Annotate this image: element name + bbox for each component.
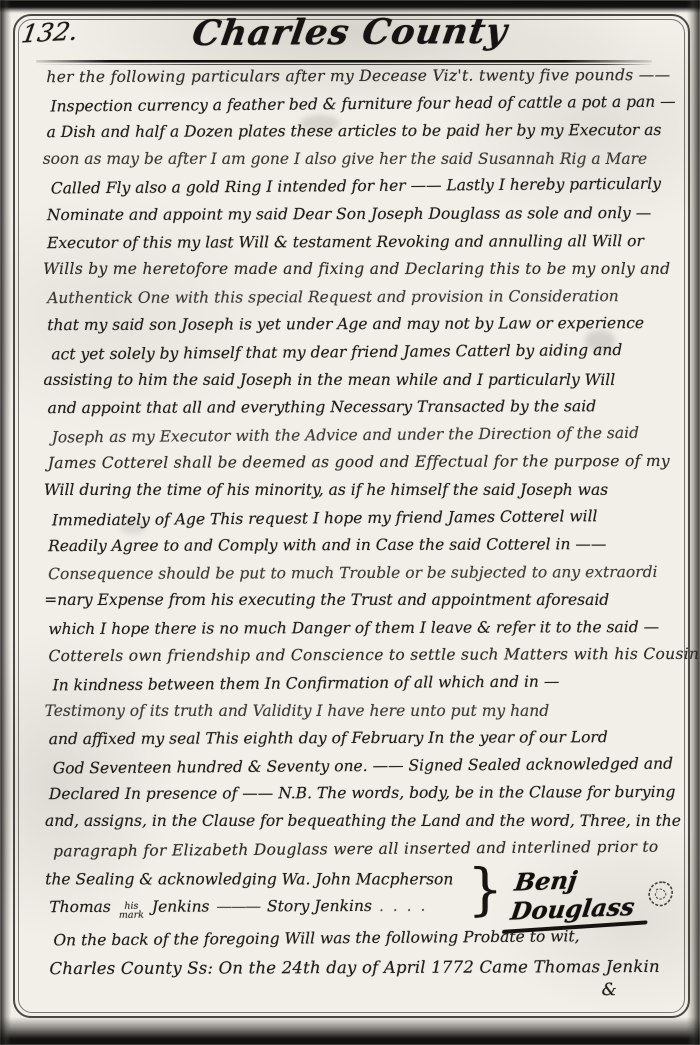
will-text-line: Readily Agree to and Comply with and in … <box>48 531 674 561</box>
witness-thomas-jenkins-first: Thomas <box>49 894 111 922</box>
will-text-line: Inspection currency a feather bed & furn… <box>50 88 672 120</box>
will-text-line: assisting to him the said Joseph in the … <box>43 367 673 395</box>
scan-edge-top <box>0 0 700 13</box>
witness-thomas-jenkins-last: Jenkins <box>152 894 210 922</box>
will-text-line: Cotterels own friendship and Conscience … <box>48 641 674 671</box>
will-text-line: her the following particulars after my D… <box>46 62 672 92</box>
will-text-line: Testimony of its truth and Validity I ha… <box>45 698 675 726</box>
will-text-line: and, assigns, in the Clause for bequeath… <box>45 808 675 836</box>
will-text-line: a Dish and half a Dozen plates these art… <box>47 117 673 147</box>
will-text-lines: her the following particulars after my D… <box>46 62 675 864</box>
will-text-line: act yet solely by himself that my dear f… <box>51 336 673 368</box>
will-text-line: paragraph for Elizabeth Douglass were al… <box>53 833 675 865</box>
attestation-brace: } <box>467 863 503 919</box>
will-text-line: God Seventeen hundred & Seventy one. —— … <box>53 750 675 782</box>
will-text-line: Wills by me heretofore made and fixing a… <box>43 256 673 284</box>
will-text-line: Executor of this my last Will & testamen… <box>47 227 673 257</box>
will-text-line: Immediately of Age This request I hope m… <box>52 502 674 534</box>
closing-line: the Sealing & acknowledging Wa. John Mac… <box>45 866 453 894</box>
will-text-line: Consequence should be put to much Troubl… <box>48 559 674 589</box>
witness-column: the Sealing & acknowledging Wa. John Mac… <box>49 865 453 922</box>
will-text-line: =nary Expense from his executing the Tru… <box>44 587 674 615</box>
testator-signature-block: Benj Douglass <box>513 865 675 924</box>
witness-signatures-line: Thomas his mark Jenkins ——— Story Jenkin… <box>49 893 453 922</box>
mark-annotation-bottom: mark <box>119 911 144 921</box>
will-text-line: Authentick One with this special Request… <box>47 283 673 313</box>
testator-signature: Benj Douglass <box>509 863 642 926</box>
will-text-line: Nominate and appoint my said Dear Son Jo… <box>47 200 673 230</box>
scan-edge-bottom <box>0 1017 700 1045</box>
probate-session-line: Charles County Ss: On the 24th day of Ap… <box>49 953 675 983</box>
will-text-line: In kindness between them In Confirmation… <box>52 668 674 700</box>
will-text-line: and affixed my seal This eighth day of F… <box>49 724 675 754</box>
wax-seal-icon <box>643 876 679 912</box>
will-text-line: which I hope there is no much Danger of … <box>48 614 674 644</box>
will-text-line: James Cotterel shall be deemed as good a… <box>48 448 674 478</box>
scan-edge-right <box>687 0 700 1045</box>
will-text-line: that my said son Joseph is yet under Age… <box>47 310 673 340</box>
witness-separator-dash: ——— <box>216 894 260 922</box>
will-text-line: and appoint that all and everything Nece… <box>48 393 674 423</box>
probate-intro-line: On the back of the foregoing Will was th… <box>53 923 675 955</box>
will-text-line: Declared In presence of —— N.B. The word… <box>49 779 675 809</box>
page-header: 132. Charles County <box>0 12 700 64</box>
his-mark-annotation: his mark <box>119 901 144 920</box>
will-text-line: Joseph as my Executor with the Advice an… <box>52 419 674 451</box>
attestation-block: the Sealing & acknowledging Wa. John Mac… <box>49 863 675 923</box>
page-title: Charles County <box>0 10 700 56</box>
witness-trailing-dots: . . . . <box>379 893 428 921</box>
witness-story-jenkins: Story Jenkins <box>267 893 372 921</box>
will-text-line: soon as may be after I am gone I also gi… <box>43 146 673 174</box>
catchword-ampersand: & <box>602 980 676 1000</box>
will-text-body: her the following particulars after my D… <box>46 62 675 1003</box>
scan-edge-left <box>0 0 11 1045</box>
will-text-line: Will during the time of his minority, as… <box>44 477 674 505</box>
will-text-line: Called Fly also a gold Ring I intended f… <box>51 171 673 203</box>
